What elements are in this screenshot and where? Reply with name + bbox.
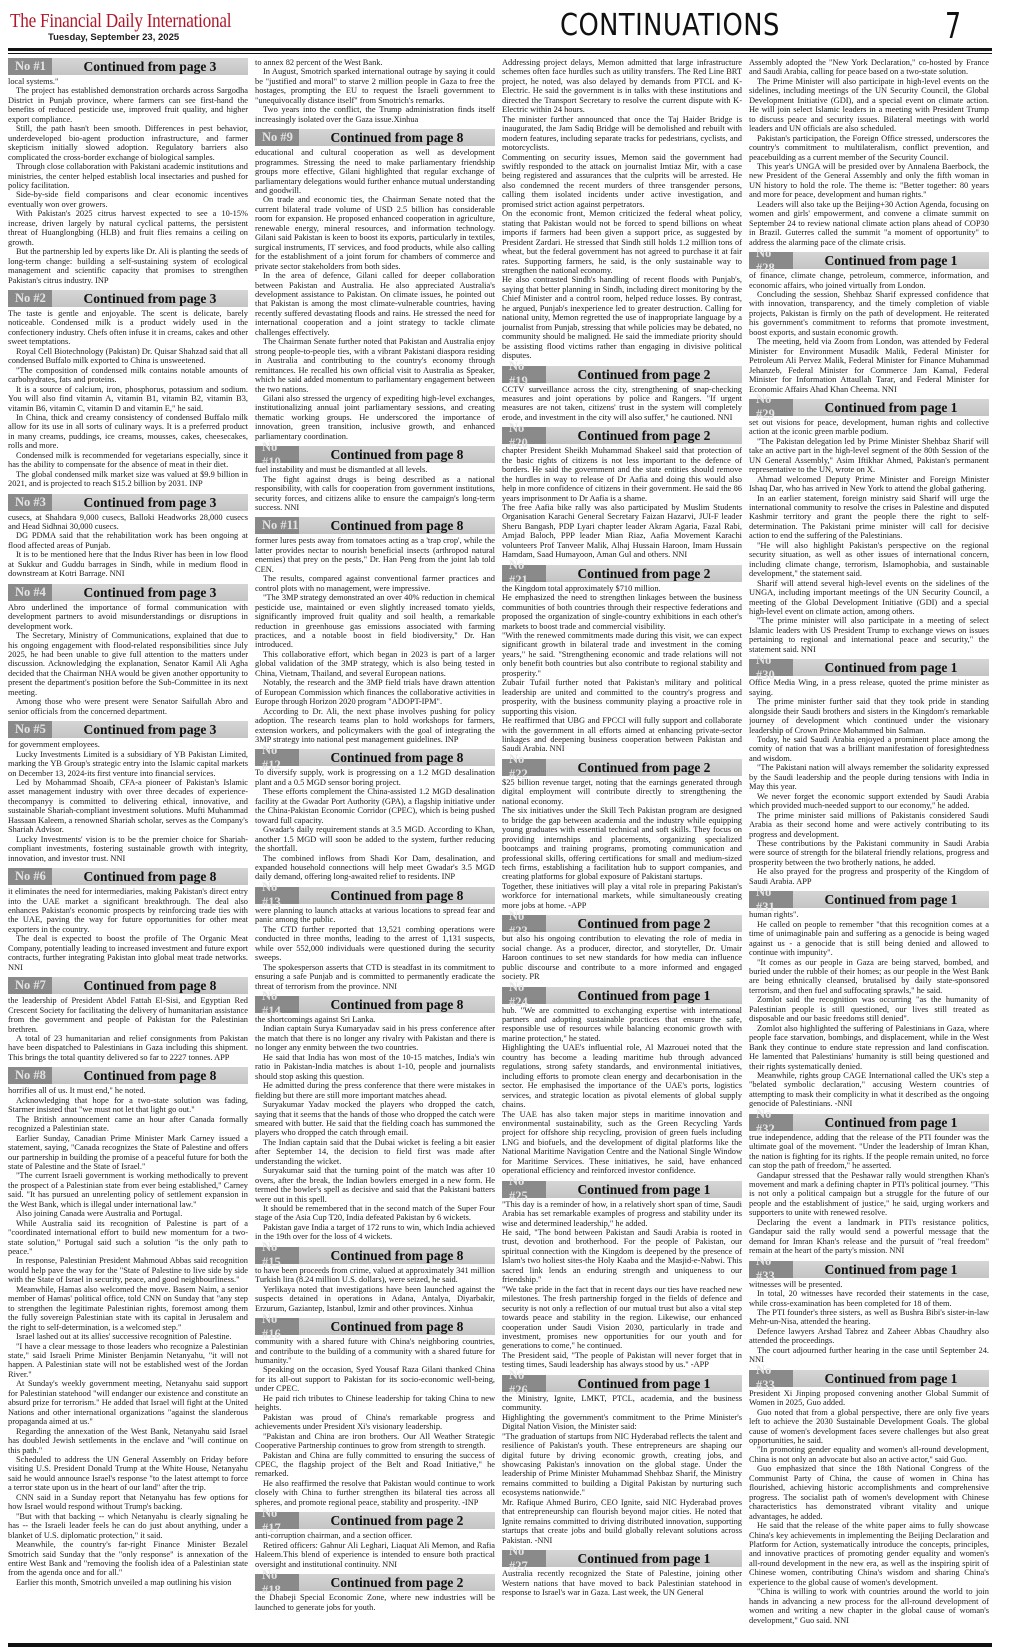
story-paragraph: In August, Smotrich sparked internationa… [255, 67, 495, 105]
header-divider-thin [8, 53, 992, 54]
story-paragraph: With Pakistan's 2025 citrus harvest expe… [8, 209, 248, 247]
story-paragraph: the shortcomings against Sri Lanka. [255, 1015, 495, 1024]
story-paragraph: Addressing project delays, Memon admitte… [502, 58, 742, 115]
continued-from-label: Continued from page 8 [299, 517, 495, 534]
story-paragraph: Yerlikaya noted that investigations have… [255, 1285, 495, 1313]
story-number-badge: No #29 [749, 399, 793, 416]
continued-from-label: Continued from page 1 [793, 1261, 989, 1278]
story-header: No #18Continued from page 2 [255, 1574, 495, 1591]
story-header: No #11Continued from page 8 [255, 517, 495, 534]
story-header: No #8Continued from page 8 [8, 1067, 248, 1084]
story-paragraph: "China is willing to work with countries… [749, 1587, 989, 1625]
continued-from-label: Continued from page 8 [299, 1318, 495, 1335]
issue-date: Tuesday, September 23, 2025 [48, 32, 179, 43]
story-paragraph: Indian captain Surya Kumaryadav said in … [255, 1024, 495, 1052]
story-paragraph: Today, he said Saudi Arabia enjoyed a pr… [749, 735, 989, 763]
story-paragraph: CCTV surveillance across the city, stren… [502, 385, 742, 423]
story-paragraph: "In promoting gender equality and women'… [749, 1445, 989, 1464]
story-header: No #6Continued from page 8 [8, 868, 248, 885]
story-continuation: No #10Continued from page 8fuel instabil… [255, 446, 495, 512]
story-continuation: No #16Continued from page 8community wit… [255, 1318, 495, 1507]
continued-from-label: Continued from page 1 [546, 1550, 742, 1567]
story-paragraph: anti-corruption chairman, and a section … [255, 1531, 495, 1540]
story-paragraph: Concluding the session, Shehbaz Sharif e… [749, 290, 989, 337]
story-paragraph: "But with that backing -- which Netanyah… [8, 1512, 248, 1540]
story-header: No #26Continued from page 1 [502, 1375, 742, 1392]
story-paragraph: To diversify supply, work is progressing… [255, 768, 495, 787]
story-paragraph: of finance, climate change, petroleum, c… [749, 271, 989, 290]
continued-from-label: Continued from page 8 [299, 749, 495, 766]
continued-from-label: Continued from page 1 [793, 399, 989, 416]
story-paragraph: Also joining Canada were Australia and P… [8, 1209, 248, 1218]
story-number-badge: No #23 [502, 915, 546, 932]
story-paragraph: These contributions by the Pakistani com… [749, 839, 989, 867]
story-header: No #25Continued from page 1 [502, 1181, 742, 1198]
story-number-badge: No #16 [255, 1318, 299, 1335]
story-header: No #15Continued from page 8 [255, 1247, 495, 1264]
story-number-badge: No #12 [255, 749, 299, 766]
story-paragraph: The CTD further reported that 13,521 com… [255, 925, 495, 963]
story-continuation: No #3Continued from page 3cusecs, at Sha… [8, 494, 248, 579]
story-continuation: No #27Continued from page 1Australia rec… [502, 1550, 742, 1597]
story-paragraph: The Chairman Senate further noted that P… [255, 337, 495, 394]
continued-from-label: Continued from page 8 [299, 129, 495, 146]
story-paragraph: horrifies all of us. It must end," he no… [8, 1086, 248, 1095]
story-paragraph: Pakistan's participation, the Foreign Of… [749, 134, 989, 162]
story-paragraph: to have been proceeds from crime, valued… [255, 1266, 495, 1285]
continued-from-label: Continued from page 1 [793, 1370, 989, 1387]
column-3: Addressing project delays, Memon admitte… [502, 58, 742, 1642]
story-paragraph: "He will also highlight Pakistan's persp… [749, 541, 989, 579]
continuations-columns: No #1Continued from page 3local systems.… [8, 58, 992, 1642]
newspaper-name: The Financial Daily International [10, 10, 231, 33]
story-header: No #3Continued from page 3 [8, 494, 248, 511]
story-paragraph: He also contrasted Sindh's handling of r… [502, 275, 742, 360]
story-number-badge: No #32 [749, 1114, 793, 1131]
story-header: No #1Continued from page 3 [8, 58, 248, 75]
continued-from-label: Continued from page 1 [546, 1375, 742, 1392]
story-paragraph: The six initiatives under the Skill Tech… [502, 806, 742, 882]
story-header: No #4Continued from page 3 [8, 584, 248, 601]
story-paragraph: the leadership of President Abdel Fattah… [8, 996, 248, 1034]
continued-from-label: Continued from page 3 [52, 494, 248, 511]
story-paragraph: Meanwhile, Hamas also welcomed the move.… [8, 1285, 248, 1332]
story-paragraph: He said, "The bond between Pakistan and … [502, 1228, 742, 1285]
continued-from-label: Continued from page 1 [793, 891, 989, 908]
story-paragraph: The spokesperson asserts that CTD is ste… [255, 963, 495, 991]
story-paragraph: Gilani also stressed the urgency of expe… [255, 394, 495, 441]
continued-from-label: Continued from page 8 [52, 1067, 248, 1084]
story-paragraph: Sharif will attend several high-level ev… [749, 579, 989, 617]
story-paragraph: Still, the path hasn't been smooth. Diff… [8, 124, 248, 162]
story-number-badge: No #18 [255, 1574, 299, 1591]
continued-from-label: Continued from page 1 [546, 1181, 742, 1198]
story-paragraph: At Sunday's weekly government meeting, N… [8, 1379, 248, 1426]
story-paragraph: The prime minister further said that the… [749, 697, 989, 735]
story-continuation: No #26Continued from page 1the Ministry,… [502, 1375, 742, 1545]
story-paragraph: witnesses will be presented. [749, 1280, 989, 1289]
column-2: to annex 82 percent of the West Bank.In … [255, 58, 495, 1642]
continued-from-label: Continued from page 8 [52, 977, 248, 994]
story-paragraph: but also his ongoing contribution to ele… [502, 934, 742, 981]
story-paragraph: This collaborative effort, which began i… [255, 650, 495, 678]
story-paragraph: the Dhabeji Special Economic Zone, where… [255, 1593, 495, 1612]
story-paragraph: Declaring the event a landmark in PTI's … [749, 1218, 989, 1256]
story-paragraph: true independence, adding that the relea… [749, 1133, 989, 1171]
story-paragraph: The British announcement came an hour af… [8, 1115, 248, 1134]
story-continuation: No #5Continued from page 3for government… [8, 721, 248, 863]
continued-from-label: Continued from page 8 [299, 446, 495, 463]
story-paragraph: Two years into the conflict, the Trump a… [255, 105, 495, 124]
story-paragraph: Leaders will also take up the Beijing+30… [749, 200, 989, 247]
story-paragraph: Condensed milk is recommended for vegeta… [8, 451, 248, 470]
story-number-badge: No #8 [8, 1067, 52, 1084]
footer-divider [8, 1643, 992, 1647]
story-number-badge: No #14 [255, 996, 299, 1013]
continued-from-label: Continued from page 1 [793, 659, 989, 676]
continued-from-label: Continued from page 8 [299, 996, 495, 1013]
story-paragraph: On the economic front, Memon criticized … [502, 209, 742, 275]
story-paragraph: He emphasized the need to strengthen lin… [502, 593, 742, 631]
story-header: No #23Continued from page 2 [502, 915, 742, 932]
story-paragraph: Pakistan and China are fully committed t… [255, 1451, 495, 1479]
story-header: No #14Continued from page 8 [255, 996, 495, 1013]
story-header: No #28Continued from page 1 [749, 252, 989, 269]
story-number-badge: No #33 [749, 1261, 793, 1278]
story-paragraph: Meanwhile, rights group CAGE Internation… [749, 1071, 989, 1109]
story-paragraph: Ahmad welcomed Deputy Prime Minister and… [749, 475, 989, 494]
story-paragraph: local systems." [8, 77, 248, 86]
story-paragraph: He admitted during the press conference … [255, 1081, 495, 1100]
story-paragraph: In the area of defence, Gilani called fo… [255, 271, 495, 337]
continued-from-label: Continued from page 8 [299, 887, 495, 904]
story-paragraph: A total of 23 humanitarian and relief co… [8, 1034, 248, 1062]
story-paragraph: The court adjourned further hearing in t… [749, 1346, 989, 1365]
story-continuation: No #9Continued from page 8educational an… [255, 129, 495, 441]
continued-from-label: Continued from page 3 [52, 58, 248, 75]
story-continuation: No #14Continued from page 8the shortcomi… [255, 996, 495, 1242]
story-header: No #17Continued from page 2 [255, 1512, 495, 1529]
story-header: No #21Continued from page 2 [502, 565, 742, 582]
continued-from-label: Continued from page 2 [299, 1574, 495, 1591]
story-paragraph: In an earlier statement, foreign ministr… [749, 494, 989, 541]
story-paragraph: He reaffirmed that UBG and FPCCI will fu… [502, 716, 742, 754]
continued-from-label: Continued from page 1 [546, 987, 742, 1004]
story-paragraph: Abro underlined the importance of formal… [8, 603, 248, 631]
story-number-badge: No #33 [749, 1370, 793, 1387]
continued-from-label: Continued from page 2 [299, 1512, 495, 1529]
continued-from-label: Continued from page 1 [793, 1114, 989, 1131]
story-header: No #12Continued from page 8 [255, 749, 495, 766]
story-paragraph: "The Pakistani nation will always rememb… [749, 763, 989, 791]
story-paragraph: He also prayed for the progress and pros… [749, 867, 989, 886]
story-paragraph: He called on people to remember "that th… [749, 920, 989, 958]
story-continuation: No #1Continued from page 3local systems.… [8, 58, 248, 285]
story-paragraph: While Australia said its recognition of … [8, 1219, 248, 1257]
story-paragraph: The minister further announced that once… [502, 115, 742, 153]
story-paragraph: The Secretary, Ministry of Communication… [8, 631, 248, 697]
story-header: No #33Continued from page 1 [749, 1370, 989, 1387]
story-paragraph: The taste is gentle and enjoyable. The s… [8, 309, 248, 347]
column-1: No #1Continued from page 3local systems.… [8, 58, 248, 1642]
story-number-badge: No #1 [8, 58, 52, 75]
story-header: No #19Continued from page 2 [502, 366, 742, 383]
story-paragraph: The deal is expected to boost the profil… [8, 934, 248, 972]
story-header: No #9Continued from page 8 [255, 129, 495, 146]
story-continuation: No #2Continued from page 3The taste is g… [8, 290, 248, 489]
story-number-badge: No #19 [502, 366, 546, 383]
story-header: No #22Continued from page 2 [502, 759, 742, 776]
story-paragraph: "This day is a reminder of how, in a rel… [502, 1200, 742, 1228]
story-paragraph: Speaking on the occasion, Syed Yousaf Ra… [255, 1365, 495, 1393]
story-paragraph: the Kingdom total approximately $710 mil… [502, 584, 742, 593]
continued-from-label: Continued from page 3 [52, 584, 248, 601]
masthead: The Financial Daily International Tuesda… [0, 0, 1022, 52]
story-paragraph: Pakistan gave India a target of 172 runs… [255, 1223, 495, 1242]
story-number-badge: No #7 [8, 977, 52, 994]
continued-from-label: Continued from page 2 [546, 366, 742, 383]
story-paragraph: to annex 82 percent of the West Bank. [255, 58, 495, 67]
story-number-badge: No #2 [8, 290, 52, 307]
story-header: No #27Continued from page 1 [502, 1550, 742, 1567]
story-paragraph: the Ministry, Ignite, LMKT, PTCL, academ… [502, 1394, 742, 1413]
story-paragraph: It should be remembered that in the seco… [255, 1204, 495, 1223]
story-paragraph: The UAE has also taken major steps in ma… [502, 1110, 742, 1176]
story-paragraph: Highlighting the government's commitment… [502, 1413, 742, 1432]
story-paragraph: Commenting on security issues, Memon sai… [502, 153, 742, 210]
story-paragraph: Side-by-side field comparisons and clear… [8, 190, 248, 209]
story-paragraph: In China, thick and creamy consistency o… [8, 413, 248, 451]
continued-from-label: Continued from page 8 [52, 868, 248, 885]
story-paragraph: set out visions for peace, development, … [749, 418, 989, 437]
story-continuation: No #21Continued from page 2the Kingdom t… [502, 565, 742, 754]
story-number-badge: No #15 [255, 1247, 299, 1264]
continued-from-label: Continued from page 2 [546, 565, 742, 582]
story-paragraph: Meanwhile, the country's far-right Finan… [8, 1540, 248, 1578]
story-paragraph: Suryakumar Yadav mocked the players who … [255, 1100, 495, 1138]
story-continuation: No #22Continued from page 2$25 billion r… [502, 759, 742, 910]
story-paragraph: The combined inflows from Shadi Kor Dam,… [255, 854, 495, 882]
story-paragraph: The Prime Minister will also participate… [749, 77, 989, 134]
story-paragraph: The Indian captain said that the Dubai w… [255, 1138, 495, 1166]
story-paragraph: Office Media Wing, in a press release, q… [749, 678, 989, 697]
story-continuation: No #33Continued from page 1President Xi … [749, 1370, 989, 1625]
story-paragraph: He paid rich tributes to Chinese leaders… [255, 1394, 495, 1413]
continued-from-label: Continued from page 3 [52, 290, 248, 307]
story-paragraph: He said that the release of the white pa… [749, 1521, 989, 1587]
story-paragraph: Acknowledging that hope for a two-state … [8, 1096, 248, 1115]
story-header: No #7Continued from page 8 [8, 977, 248, 994]
story-continuation: No #31Continued from page 1human rights"… [749, 891, 989, 1109]
story-continuation: No #7Continued from page 8the leadership… [8, 977, 248, 1062]
story-paragraph: CNN said in a Sunday report that Netanya… [8, 1493, 248, 1512]
story-header: No #30Continued from page 1 [749, 659, 989, 676]
story-number-badge: No #9 [255, 129, 299, 146]
story-paragraph: Notably, the research and the 3MP field … [255, 678, 495, 706]
story-paragraph: He also reaffirmed the resolve that Paki… [255, 1479, 495, 1507]
story-header: No #2Continued from page 3 [8, 290, 248, 307]
story-continuation: No #29Continued from page 1set out visio… [749, 399, 989, 654]
column-4: Assembly adopted the "New York Declarati… [749, 58, 989, 1642]
story-paragraph: The results, compared against convention… [255, 574, 495, 593]
story-paragraph: We never forget the economic support ext… [749, 792, 989, 811]
story-continuation: No #17Continued from page 2anti-corrupti… [255, 1512, 495, 1569]
story-paragraph: Through close collaboration with Pakista… [8, 162, 248, 190]
story-paragraph: Zomlot also highlighted the suffering of… [749, 1024, 989, 1071]
story-paragraph: were planning to launch attacks at vario… [255, 906, 495, 925]
story-number-badge: No #13 [255, 887, 299, 904]
story-paragraph: Zubair Tufail further noted that Pakista… [502, 678, 742, 716]
story-continuation: No #20Continued from page 2chapter Presi… [502, 427, 742, 559]
story-number-badge: No #10 [255, 446, 299, 463]
story-continuation: Assembly adopted the "New York Declarati… [749, 58, 989, 247]
story-paragraph: Defence lawyers Arshad Tabrez and Zaheer… [749, 1327, 989, 1346]
story-continuation: No #4Continued from page 3Abro underline… [8, 584, 248, 716]
story-paragraph: He said that India has won most of the 1… [255, 1053, 495, 1081]
continued-from-label: Continued from page 3 [52, 721, 248, 738]
story-paragraph: hub. "We are committed to exchanging exp… [502, 1006, 742, 1044]
story-paragraph: Retired officers: Gahnur Ali Leghari, Li… [255, 1541, 495, 1569]
story-number-badge: No #17 [255, 1512, 299, 1529]
story-number-badge: No #21 [502, 565, 546, 582]
story-number-badge: No #3 [8, 494, 52, 511]
story-header: No #33Continued from page 1 [749, 1261, 989, 1278]
story-paragraph: Together, these initiatives will play a … [502, 882, 742, 910]
story-header: No #13Continued from page 8 [255, 887, 495, 904]
story-paragraph: Regarding the annexation of the West Ban… [8, 1427, 248, 1455]
story-paragraph: $25 billion revenue target, noting that … [502, 778, 742, 806]
story-number-badge: No #26 [502, 1375, 546, 1392]
story-paragraph: Assembly adopted the "New York Declarati… [749, 58, 989, 77]
story-paragraph: The free Aafia bike rally was also parti… [502, 503, 742, 560]
continued-from-label: Continued from page 8 [299, 1247, 495, 1264]
story-paragraph: In response, Palestinian President Mahmo… [8, 1256, 248, 1284]
story-paragraph: According to Dr. Ali, the next phase inv… [255, 707, 495, 745]
page-number: 7 [945, 6, 961, 47]
story-paragraph: Suryakumar said that the turning point o… [255, 1166, 495, 1204]
story-paragraph: community with a shared future with Chin… [255, 1337, 495, 1365]
story-continuation: to annex 82 percent of the West Bank.In … [255, 58, 495, 124]
story-number-badge: No #22 [502, 759, 546, 776]
story-continuation: No #13Continued from page 8were planning… [255, 887, 495, 991]
story-paragraph: In total, 20 witnesses have recorded the… [749, 1289, 989, 1308]
story-number-badge: No #30 [749, 659, 793, 676]
story-number-badge: No #4 [8, 584, 52, 601]
story-paragraph: Royal Cell Biotechnology (Pakistan) Dr. … [8, 347, 248, 366]
story-paragraph: "Pakistan and China are iron brothers. O… [255, 1432, 495, 1451]
story-paragraph: It is a source of calcium, iron, phospho… [8, 385, 248, 413]
story-paragraph: Gwadar's daily requirement stands at 3.5… [255, 825, 495, 853]
story-paragraph: "The Pakistan delegation led by Prime Mi… [749, 437, 989, 475]
story-header: No #31Continued from page 1 [749, 891, 989, 908]
story-number-badge: No #6 [8, 868, 52, 885]
story-number-badge: No #31 [749, 891, 793, 908]
story-paragraph: for government employees. [8, 740, 248, 749]
story-continuation: No #8Continued from page 8horrifies all … [8, 1067, 248, 1587]
story-paragraph: "The composition of condensed milk conta… [8, 366, 248, 385]
story-paragraph: Scheduled to address the UN General Asse… [8, 1455, 248, 1493]
story-continuation: Addressing project delays, Memon admitte… [502, 58, 742, 361]
story-paragraph: educational and cultural cooperation as … [255, 148, 495, 195]
story-paragraph: It is to be mentioned here that the Indu… [8, 550, 248, 578]
story-paragraph: Among those who were present were Senato… [8, 697, 248, 716]
story-paragraph: Guo emphasized that since the 18th Natio… [749, 1464, 989, 1521]
continued-from-label: Continued from page 1 [793, 252, 989, 269]
section-title: CONTINUATIONS [560, 8, 780, 43]
story-paragraph: The prime minister said millions of Paki… [749, 811, 989, 839]
story-paragraph: Mr. Rafique Ahmed Buriro, CEO Ignite, sa… [502, 1498, 742, 1545]
story-paragraph: The meeting, held via Zoom from London, … [749, 337, 989, 394]
story-paragraph: former lures pests away from tomatoes ac… [255, 536, 495, 574]
story-paragraph: fuel instability and must be dismantled … [255, 465, 495, 474]
story-continuation: No #18Continued from page 2the Dhabeji S… [255, 1574, 495, 1612]
story-paragraph: Israel lashed out at its allies' success… [8, 1332, 248, 1341]
story-paragraph: The global condensed milk market size wa… [8, 470, 248, 489]
story-continuation: No #28Continued from page 1of finance, c… [749, 252, 989, 394]
story-paragraph: "The graduation of startups from NIC Hyd… [502, 1432, 742, 1498]
story-header: No #16Continued from page 8 [255, 1318, 495, 1335]
story-paragraph: Zomlot said the recognition was occurrin… [749, 995, 989, 1023]
story-header: No #32Continued from page 1 [749, 1114, 989, 1131]
story-paragraph: "I have a clear message to those leaders… [8, 1342, 248, 1380]
story-paragraph: Earlier Sunday, Canadian Prime Minister … [8, 1134, 248, 1172]
story-paragraph: "We take pride in the fact that in recen… [502, 1285, 742, 1351]
story-number-badge: No #5 [8, 721, 52, 738]
story-paragraph: "The 3MP strategy demonstrated an over 4… [255, 593, 495, 650]
story-paragraph: The President said, "The people of Pakis… [502, 1351, 742, 1370]
story-paragraph: The fight against drugs is being describ… [255, 475, 495, 513]
story-paragraph: Lucky Investments' vision is to be the p… [8, 835, 248, 863]
story-continuation: No #32Continued from page 1true independ… [749, 1114, 989, 1256]
story-continuation: No #24Continued from page 1hub. "We are … [502, 987, 742, 1176]
story-continuation: No #19Continued from page 2CCTV surveill… [502, 366, 742, 423]
story-number-badge: No #11 [255, 517, 299, 534]
story-continuation: No #25Continued from page 1"This day is … [502, 1181, 742, 1370]
story-paragraph: Australia recently recognized the State … [502, 1569, 742, 1597]
story-paragraph: On trade and economic ties, the Chairman… [255, 195, 495, 271]
story-paragraph: Guo noted that from a global perspective… [749, 1408, 989, 1446]
story-paragraph: The PTI founder's three sisters, as well… [749, 1308, 989, 1327]
story-header: No #5Continued from page 3 [8, 721, 248, 738]
story-paragraph: chapter President Sheikh Muhammad Shakee… [502, 446, 742, 503]
story-paragraph: These efforts complement the China-assis… [255, 787, 495, 825]
story-paragraph: "The current Israeli government is worki… [8, 1171, 248, 1209]
story-continuation: No #23Continued from page 2but also his … [502, 915, 742, 981]
continued-from-label: Continued from page 2 [546, 915, 742, 932]
story-paragraph: The project has established demonstratio… [8, 86, 248, 124]
continued-from-label: Continued from page 2 [546, 759, 742, 776]
story-paragraph: it eliminates the need for intermediarie… [8, 887, 248, 934]
story-header: No #20Continued from page 2 [502, 427, 742, 444]
story-continuation: No #6Continued from page 8it eliminates … [8, 868, 248, 972]
story-paragraph: cusecs, at Shahdara 9,000 cusecs, Ballok… [8, 513, 248, 532]
story-number-badge: No #24 [502, 987, 546, 1004]
story-paragraph: Highlighting the UAE's influential role,… [502, 1043, 742, 1109]
story-header: No #29Continued from page 1 [749, 399, 989, 416]
continued-from-label: Continued from page 2 [546, 427, 742, 444]
story-number-badge: No #27 [502, 1550, 546, 1567]
story-paragraph: Lucky Investments Limited is a subsidiar… [8, 750, 248, 778]
story-paragraph: This year's UNGA will be presided over b… [749, 162, 989, 200]
story-header: No #10Continued from page 8 [255, 446, 495, 463]
story-paragraph: Pakistan was proud of China's remarkable… [255, 1413, 495, 1432]
story-paragraph: human rights". [749, 910, 989, 919]
story-paragraph: DG PDMA said that the rehabilitation wor… [8, 531, 248, 550]
story-continuation: No #15Continued from page 8to have been … [255, 1247, 495, 1313]
story-number-badge: No #28 [749, 252, 793, 269]
story-continuation: No #11Continued from page 8former lures … [255, 517, 495, 744]
story-paragraph: But the partnership led by experts like … [8, 247, 248, 285]
